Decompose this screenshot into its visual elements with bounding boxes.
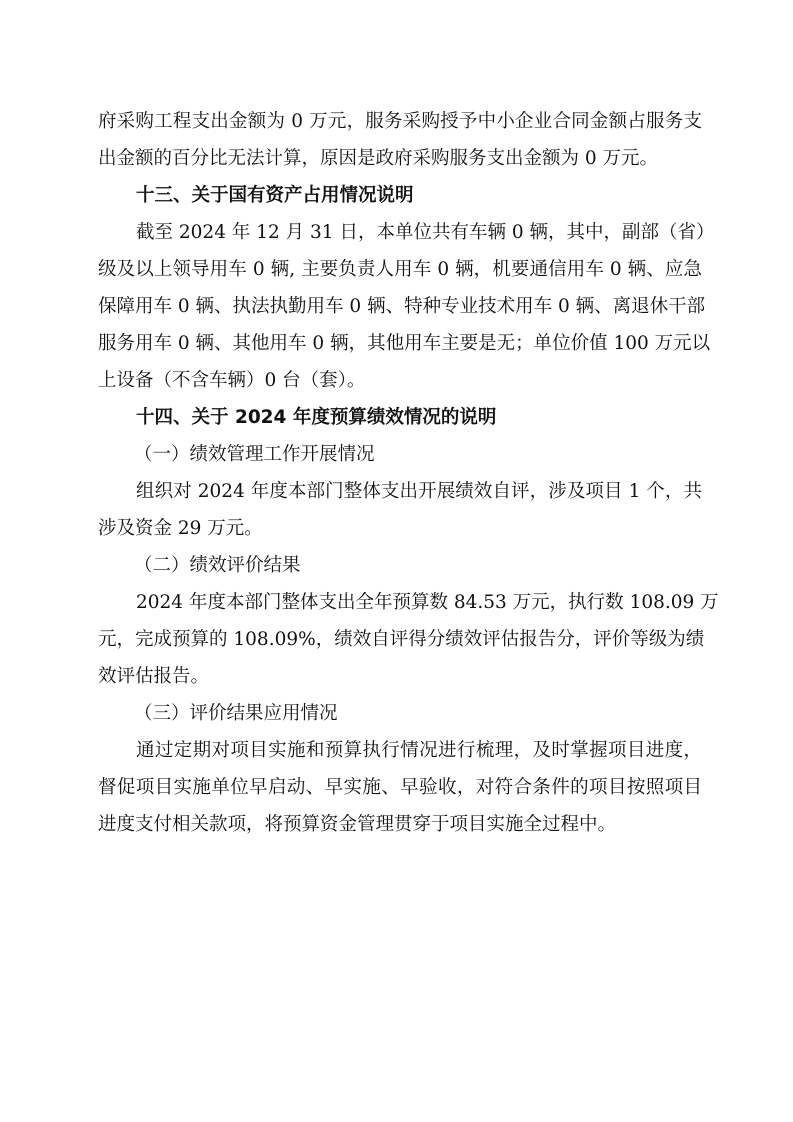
subsection-heading-2: （二）绩效评价结果 bbox=[98, 547, 702, 584]
paragraph-line: 截至 2024 年 12 月 31 日，本单位共有车辆 0 辆，其中，副部（省） bbox=[98, 214, 702, 251]
section-heading-13: 十三、关于国有资产占用情况说明 bbox=[98, 177, 702, 214]
paragraph-line: 通过定期对项目实施和预算执行情况进行梳理，及时掌握项目进度， bbox=[98, 732, 702, 769]
paragraph-line: 保障用车 0 辆、执法执勤用车 0 辆、特种专业技术用车 0 辆、离退休干部 bbox=[98, 288, 702, 325]
paragraph-line: 府采购工程支出金额为 0 万元，服务采购授予中小企业合同金额占服务支 bbox=[98, 103, 702, 140]
paragraph-line: 督促项目实施单位早启动、早实施、早验收，对符合条件的项目按照项目 bbox=[98, 769, 702, 806]
paragraph-line: 元，完成预算的 108.09%，绩效自评得分绩效评估报告分，评价等级为绩 bbox=[98, 621, 702, 658]
paragraph-line: 级及以上领导用车 0 辆, 主要负责人用车 0 辆，机要通信用车 0 辆、应急 bbox=[98, 251, 702, 288]
paragraph-line: 上设备（不含车辆）0 台（套）。 bbox=[98, 362, 702, 399]
paragraph-line: 服务用车 0 辆、其他用车 0 辆，其他用车主要是无；单位价值 100 万元以 bbox=[98, 325, 702, 362]
paragraph-line: 出金额的百分比无法计算，原因是政府采购服务支出金额为 0 万元。 bbox=[98, 140, 702, 177]
paragraph-line: 组织对 2024 年度本部门整体支出开展绩效自评，涉及项目 1 个，共 bbox=[98, 473, 702, 510]
subsection-heading-3: （三）评价结果应用情况 bbox=[98, 695, 702, 732]
document-page: 府采购工程支出金额为 0 万元，服务采购授予中小企业合同金额占服务支 出金额的百… bbox=[98, 103, 702, 843]
subsection-heading-1: （一）绩效管理工作开展情况 bbox=[98, 436, 702, 473]
paragraph-line: 涉及资金 29 万元。 bbox=[98, 510, 702, 547]
paragraph-line: 效评估报告。 bbox=[98, 658, 702, 695]
paragraph-line: 进度支付相关款项，将预算资金管理贯穿于项目实施全过程中。 bbox=[98, 806, 702, 843]
section-heading-14: 十四、关于 2024 年度预算绩效情况的说明 bbox=[98, 399, 702, 436]
paragraph-line: 2024 年度本部门整体支出全年预算数 84.53 万元，执行数 108.09 … bbox=[98, 584, 702, 621]
